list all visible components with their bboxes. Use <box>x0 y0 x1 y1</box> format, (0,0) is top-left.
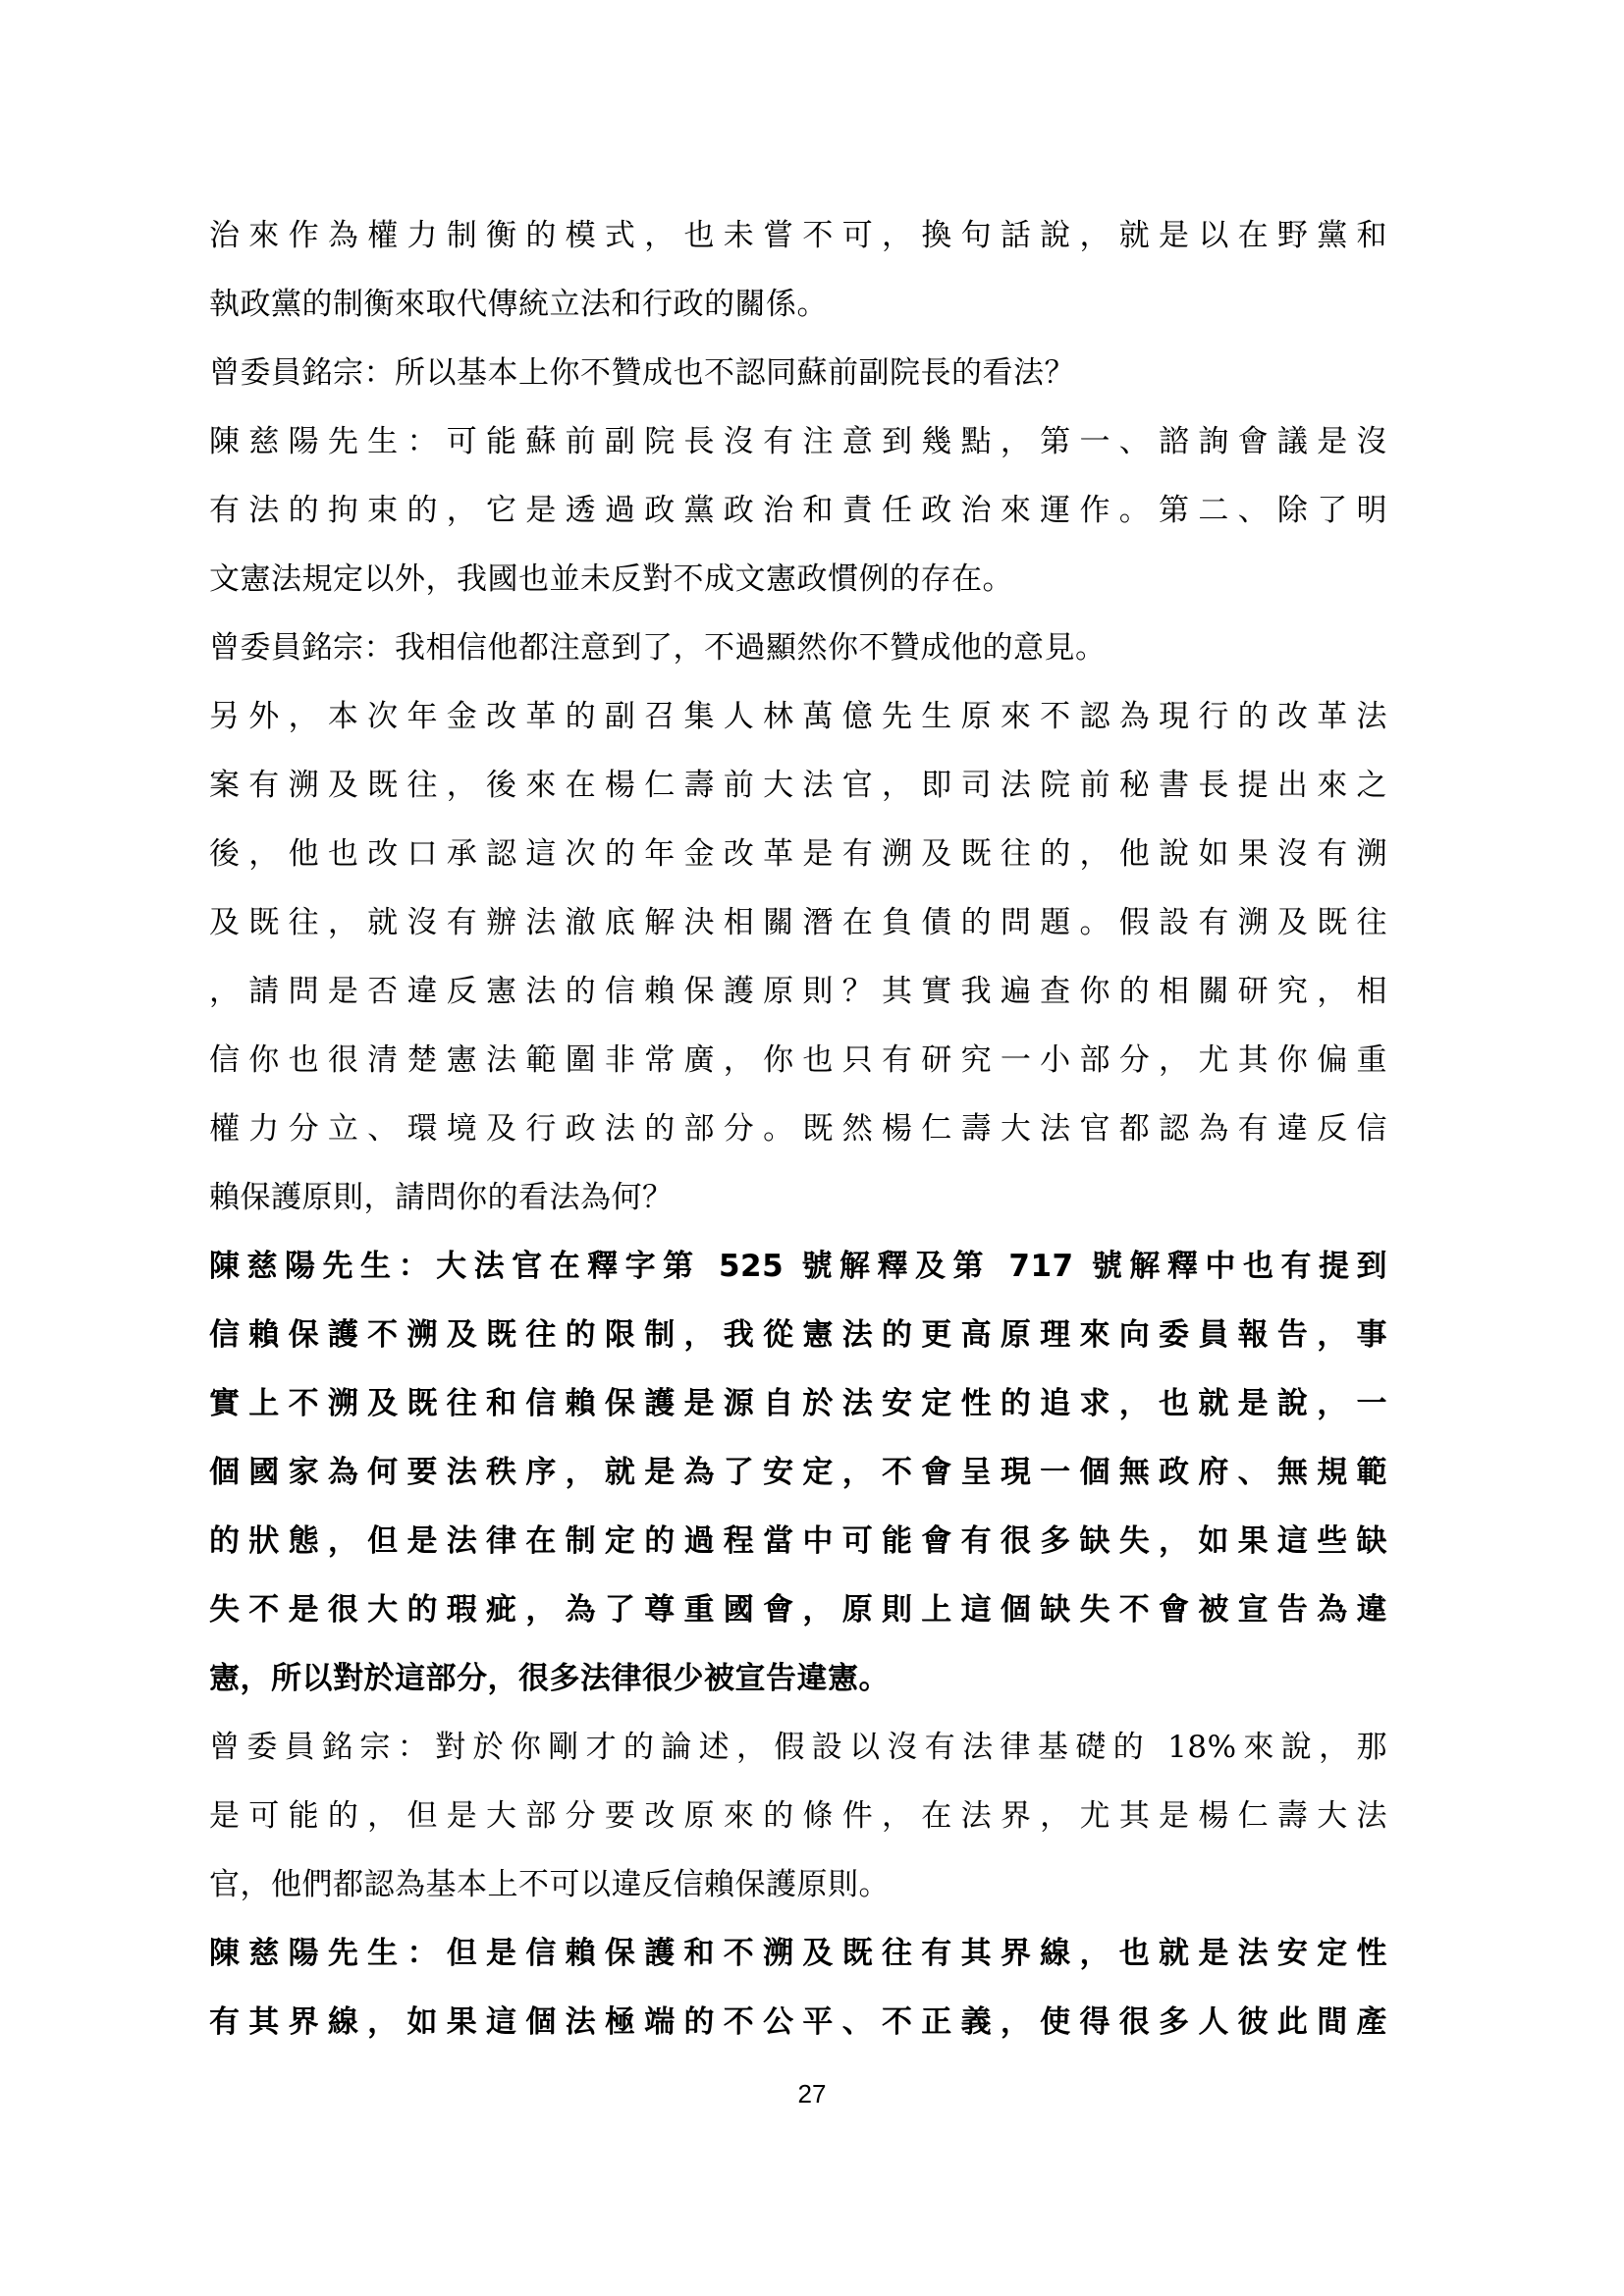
text-line: 後，他也改口承認這次的年金改革是有溯及既往的，他說如果沒有溯 <box>209 820 1387 888</box>
text-line: 陳慈陽先生：但是信賴保護和不溯及既往有其界線，也就是法安定性 <box>209 1919 1387 1988</box>
text-line: 有法的拘束的，它是透過政黨政治和責任政治來運作。第二、除了明 <box>209 476 1387 545</box>
text-line: 憲，所以對於這部分，很多法律很少被宣告違憲。 <box>209 1644 1387 1713</box>
text-line: 權力分立、環境及行政法的部分。既然楊仁壽大法官都認為有違反信 <box>209 1095 1387 1163</box>
text-line: 曾委員銘宗：我相信他都注意到了，不過顯然你不贊成他的意見。 <box>209 614 1387 682</box>
document-page: 治來作為權力制衡的模式，也未嘗不可，換句話說，就是以在野黨和 執政黨的制衡來取代… <box>0 0 1624 2296</box>
text-line: 曾委員銘宗：所以基本上你不贊成也不認同蘇前副院長的看法？ <box>209 339 1387 407</box>
text-line: 失不是很大的瑕疵，為了尊重國會，原則上這個缺失不會被宣告為違 <box>209 1575 1387 1644</box>
text-line: 的狀態，但是法律在制定的過程當中可能會有很多缺失，如果這些缺 <box>209 1507 1387 1575</box>
text-line: 曾委員銘宗：對於你剛才的論述，假設以沒有法律基礎的 18%來說，那 <box>209 1713 1387 1782</box>
text-line: 信你也很清楚憲法範圍非常廣，你也只有研究一小部分，尤其你偏重 <box>209 1026 1387 1095</box>
text-line: 信賴保護不溯及既往的限制，我從憲法的更高原理來向委員報告，事 <box>209 1301 1387 1369</box>
text-line: 有其界線，如果這個法極端的不公平、不正義，使得很多人彼此間產 <box>209 1988 1387 2056</box>
text-line: 賴保護原則，請問你的看法為何？ <box>209 1163 1387 1232</box>
text-line: 執政黨的制衡來取代傳統立法和行政的關係。 <box>209 270 1387 339</box>
page-number: 27 <box>0 2079 1624 2109</box>
text-line: 另外，本次年金改革的副召集人林萬億先生原來不認為現行的改革法 <box>209 682 1387 751</box>
text-line: 是可能的，但是大部分要改原來的條件，在法界，尤其是楊仁壽大法 <box>209 1782 1387 1850</box>
transcript-body: 治來作為權力制衡的模式，也未嘗不可，換句話說，就是以在野黨和 執政黨的制衡來取代… <box>209 201 1387 2056</box>
text-line: 實上不溯及既往和信賴保護是源自於法安定性的追求，也就是說，一 <box>209 1369 1387 1438</box>
text-line: 文憲法規定以外，我國也並未反對不成文憲政慣例的存在。 <box>209 545 1387 614</box>
text-line: 陳慈陽先生：大法官在釋字第 525 號解釋及第 717 號解釋中也有提到 <box>209 1232 1387 1301</box>
text-line: 陳慈陽先生：可能蘇前副院長沒有注意到幾點，第一、諮詢會議是沒 <box>209 407 1387 476</box>
text-line: 及既往，就沒有辦法澈底解決相關潛在負債的問題。假設有溯及既往 <box>209 888 1387 957</box>
text-line: 治來作為權力制衡的模式，也未嘗不可，換句話說，就是以在野黨和 <box>209 201 1387 270</box>
text-line: 官，他們都認為基本上不可以違反信賴保護原則。 <box>209 1850 1387 1919</box>
text-line: 個國家為何要法秩序，就是為了安定，不會呈現一個無政府、無規範 <box>209 1438 1387 1507</box>
text-line: ，請問是否違反憲法的信賴保護原則？其實我遍查你的相關研究，相 <box>209 957 1387 1026</box>
text-line: 案有溯及既往，後來在楊仁壽前大法官，即司法院前秘書長提出來之 <box>209 751 1387 820</box>
